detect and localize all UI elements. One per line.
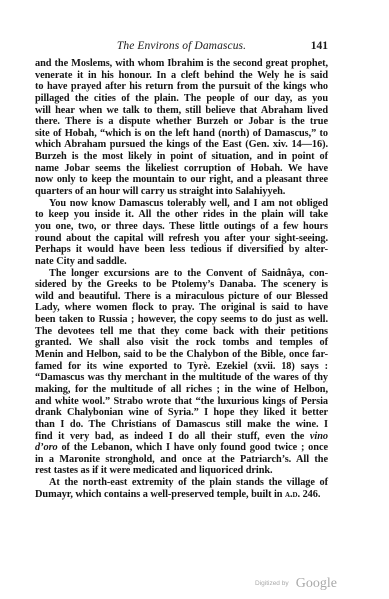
italic-run: d’oro — [35, 442, 58, 453]
text-line: “Damascus was thy merchant in the multit… — [35, 372, 328, 384]
text-line: to have prayed after his return from the… — [35, 81, 328, 93]
paragraph-start-line: The longer excursions are to the Convent… — [35, 268, 328, 280]
watermark-prefix: Digitized by — [255, 580, 289, 587]
small-caps-run: a.d. — [285, 489, 300, 500]
text-line: name Jobar seems the likeliest corruptio… — [35, 163, 328, 175]
text-line: find it very bad, as indeed I do all the… — [35, 431, 328, 443]
text-line: been taken to Russia ; however, the copy… — [35, 314, 328, 326]
paragraph-start-line: At the north-east extremity of the plain… — [35, 477, 328, 489]
text-line: which Abraham pursued the kings of the E… — [35, 139, 328, 151]
text-line: nate City and saddle. — [35, 256, 328, 268]
running-head: The Environs of Damascus. 141 — [35, 40, 328, 54]
text-line: famed for its wine exported to Tyrè. Eze… — [35, 361, 328, 373]
text-line: and the Moslems, with whom Ibrahim is th… — [35, 58, 328, 70]
text-line: making, for the multitude of all riches … — [35, 384, 328, 396]
text-run: 246. — [300, 489, 320, 500]
text-line: you one, two, or three days. These littl… — [35, 221, 328, 233]
text-line: quarters of an hour will carry us straig… — [35, 186, 328, 198]
text-line: sidered by the Greeks to be Ptolemy’s Da… — [35, 279, 328, 291]
text-line: The devotees tell me that they come back… — [35, 326, 328, 338]
text-line: granted. We shall also visit the rock to… — [35, 337, 328, 349]
text-line: Lady, where women flock to pray. The ori… — [35, 302, 328, 314]
page-number: 141 — [311, 40, 328, 52]
text-line: will hear when we talk to them, still be… — [35, 105, 328, 117]
text-line: than I do. The Christians of Damascus st… — [35, 419, 328, 431]
text-run: find it very bad, as indeed I do all the… — [35, 431, 310, 442]
text-line: now only to keep the mountain to our rig… — [35, 174, 328, 186]
text-run: of the Lebanon, which I have only found … — [58, 442, 328, 453]
google-logo-text: Google — [296, 576, 337, 591]
italic-run: vino — [310, 431, 328, 442]
text-line: wild and beautiful. There is a miraculou… — [35, 291, 328, 303]
text-line: drank Chalybonian wine of Syria.” I hope… — [35, 407, 328, 419]
text-line: Dumayr, which contains a well-preserved … — [35, 489, 328, 501]
running-head-title: The Environs of Damascus. — [35, 40, 328, 52]
text-line: round about the capital will refresh you… — [35, 233, 328, 245]
book-page: The Environs of Damascus. 141 and the Mo… — [0, 0, 389, 599]
text-line: venerate it in his honour. In a cleft be… — [35, 70, 328, 82]
digitized-by-google-watermark: Digitized by Google — [255, 573, 337, 589]
text-line: Burzeh is the most likely in point of si… — [35, 151, 328, 163]
text-line: d’oro of the Lebanon, which I have only … — [35, 442, 328, 454]
text-line: there. There is a dispute whether Burzeh… — [35, 116, 328, 128]
text-line: and white wool.” Strabo wrote that “the … — [35, 396, 328, 408]
text-line: Perhaps it would have been less tedious … — [35, 244, 328, 256]
text-line: Menin and Helbon, said to be the Chalybo… — [35, 349, 328, 361]
text-line: to keep you inside it. All the other rid… — [35, 209, 328, 221]
text-line: site of Hobah, “which is on the left han… — [35, 128, 328, 140]
text-line: in a Maronite stronghold, and once at th… — [35, 454, 328, 466]
text-line: pillaged the cities of the plain. The pe… — [35, 93, 328, 105]
text-line: rest tastes as if it were medicated and … — [35, 465, 328, 477]
text-run: Dumayr, which contains a well-preserved … — [35, 489, 285, 500]
paragraph-start-line: You now know Damascus tolerably well, an… — [35, 198, 328, 210]
body-text: and the Moslems, with whom Ibrahim is th… — [35, 58, 328, 500]
